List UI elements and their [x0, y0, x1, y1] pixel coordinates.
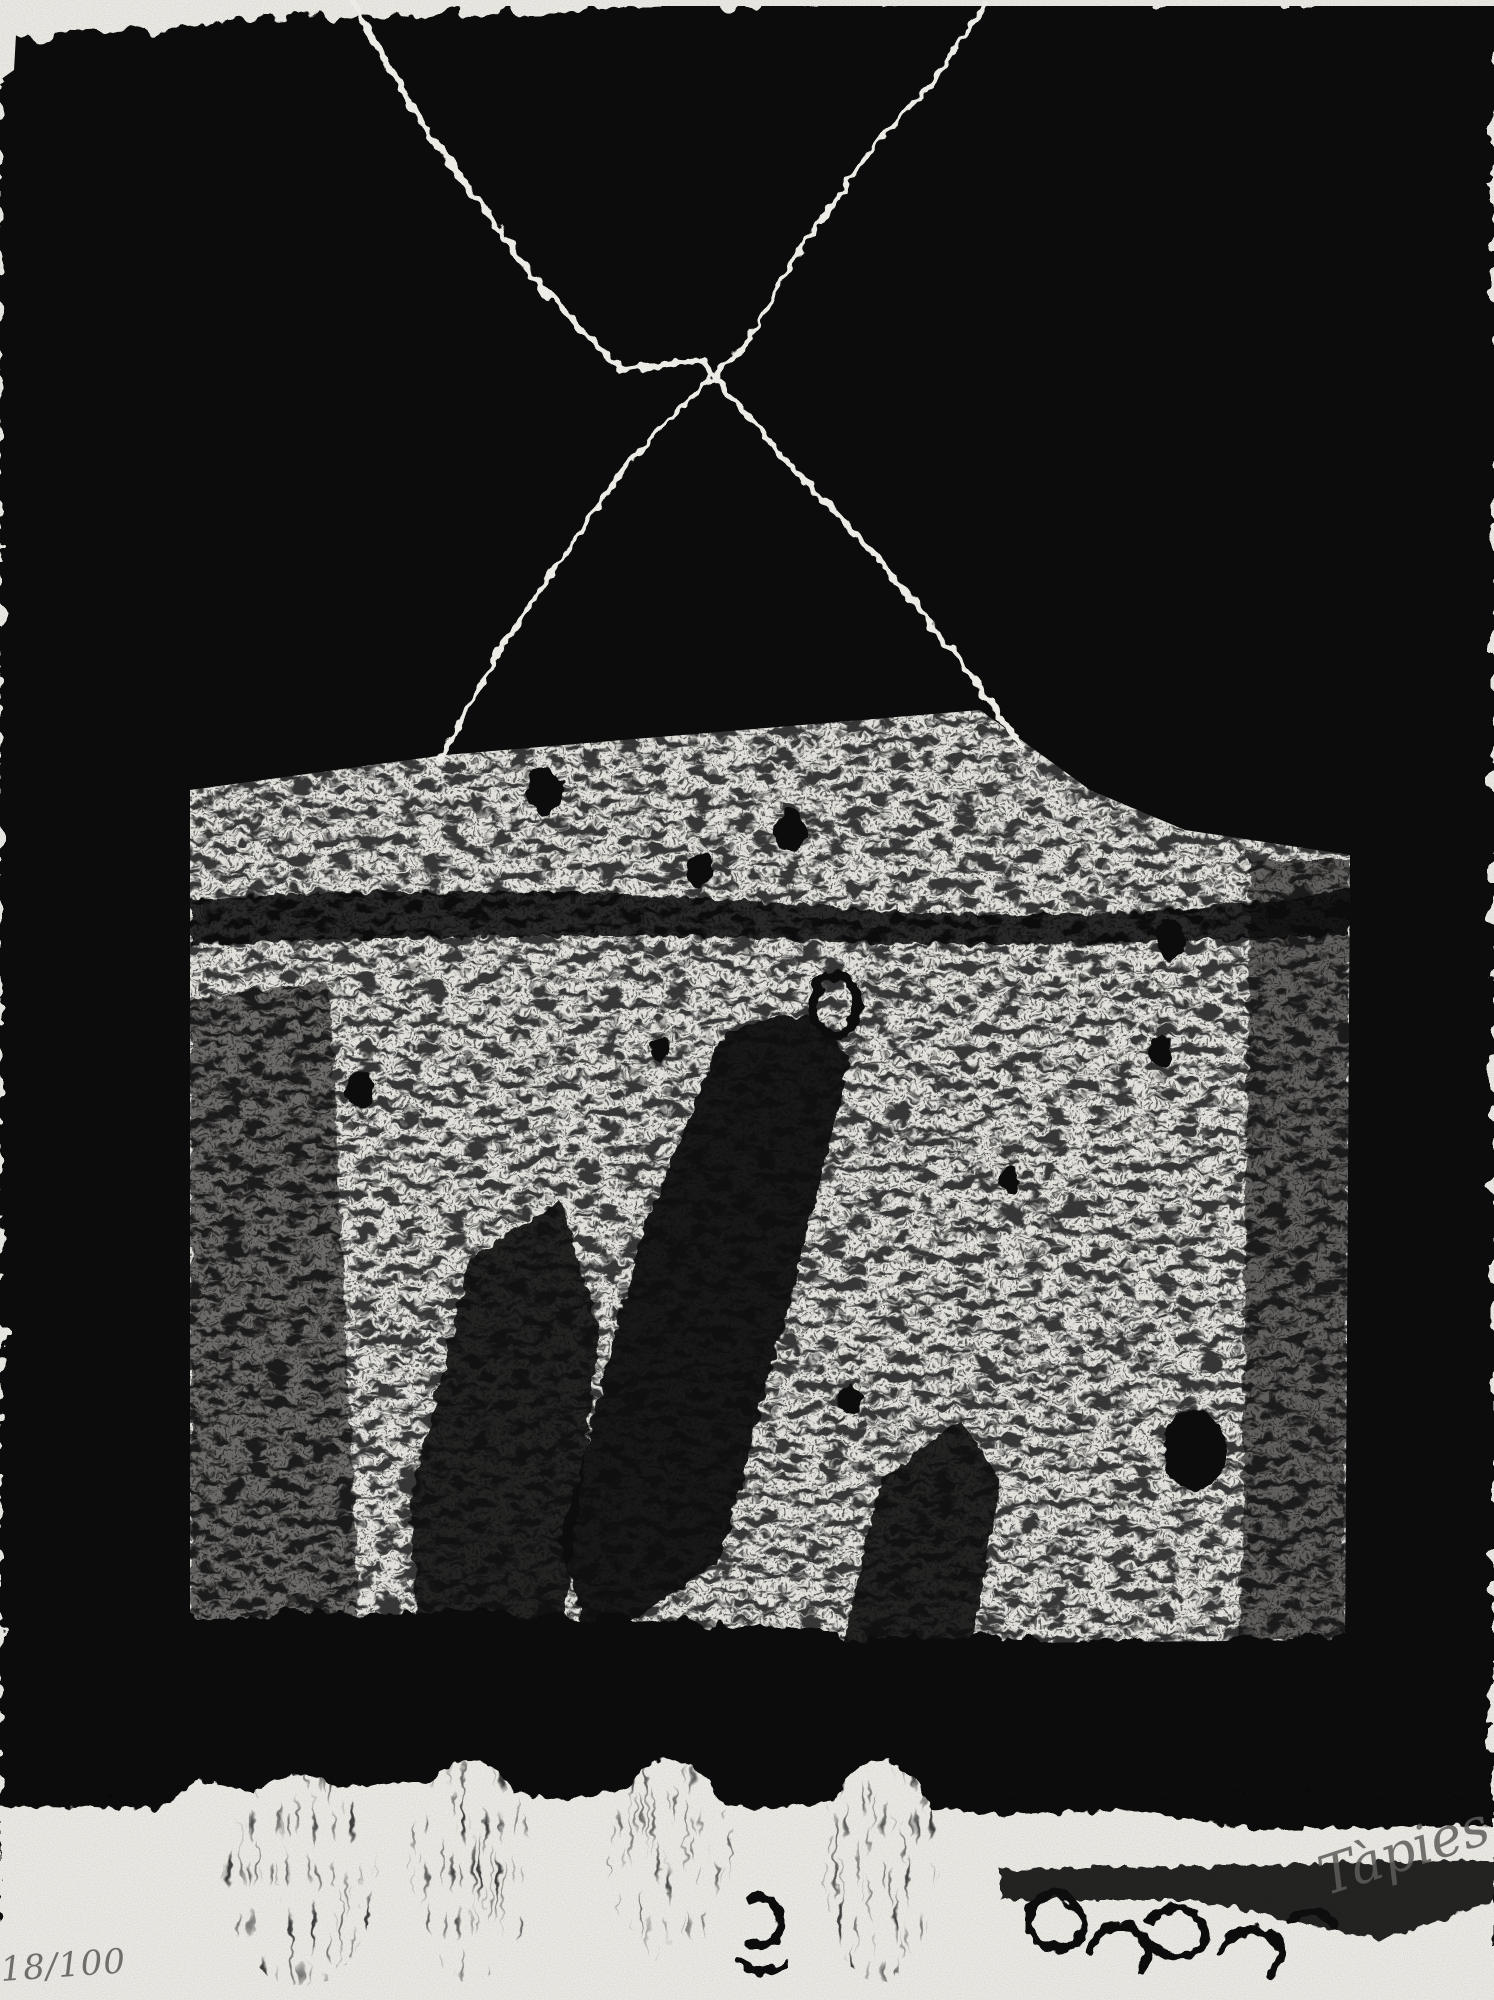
- lithograph-artwork: [0, 0, 1494, 2000]
